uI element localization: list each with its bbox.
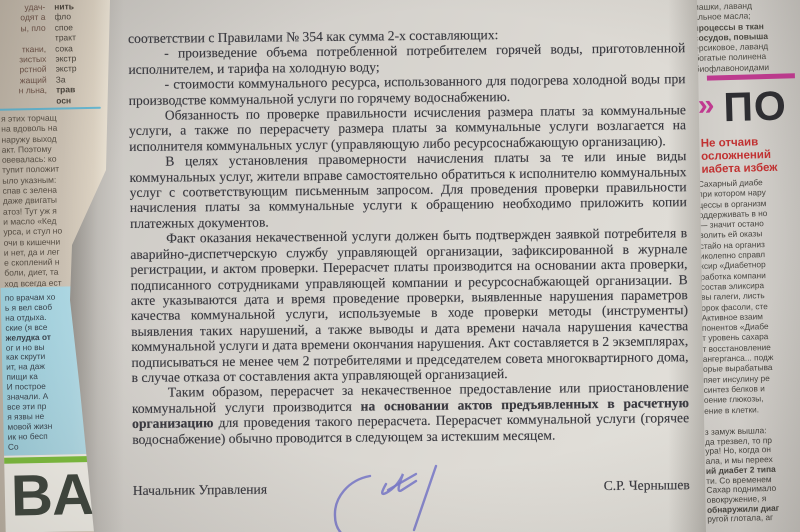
newspaper-text-fragment: одят а (0, 12, 46, 23)
newspaper-text-fragment: ругой глотала, аг (707, 512, 800, 524)
newspaper-column: нитьфлоспоетрактсокаэкстрэкстрЗатравосн (54, 1, 106, 106)
newspaper-red-line: иабета избеж (701, 162, 777, 177)
handwritten-signature (322, 444, 472, 532)
newspaper-text-fragment: ы, пло (0, 23, 46, 34)
paragraph: Факт оказания некачественной услуги долж… (130, 225, 689, 385)
newspaper-column: з замуж вышла:да трезвел, то прура! Но, … (705, 425, 800, 525)
newspaper-text-fragment: ение в клетки. (704, 403, 800, 416)
paragraph-final: Таким образом, перерасчет за некачествен… (132, 379, 690, 446)
photo-of-document: удач-одят аы, пло ткани,зистыхрстнойжащи… (0, 0, 800, 532)
newspaper-column: удач-одят аы, пло ткани,зистыхрстнойжащи… (0, 2, 47, 107)
newspaper-column: машки, лавандальное масла;процессы в тка… (693, 0, 795, 74)
newspaper-big-letters: ВА (10, 464, 96, 528)
paragraphs: соответствии с Правилами № 354 как сумма… (128, 25, 689, 385)
newspaper-headline-row: » ПО (697, 83, 787, 129)
document-text: соответствии с Правилами № 354 как сумма… (128, 25, 690, 498)
signatory-title: Начальник Управления (133, 482, 267, 499)
newspaper-subheadline: Не отчаивосложненийиабета избеж (701, 136, 778, 177)
paragraph: Обязанность по проверке правильности исч… (129, 102, 686, 154)
final-paragraph-post: для проведения такого перерасчета. Перер… (132, 410, 689, 446)
magenta-rule (707, 73, 795, 80)
newspaper-column: Сахарный диабепри котором наруцессы в ор… (698, 176, 800, 416)
newspaper-text-fragment: биофлавоноидами (695, 61, 795, 74)
newspaper-right: машки, лавандальное масла;процессы в тка… (688, 0, 800, 532)
newspaper-columns: удач-одят аы, пло ткани,зистыхрстнойжащи… (0, 1, 106, 107)
blue-divider-rule (0, 107, 101, 111)
signatory-name: С.Р. Чернышев (604, 477, 690, 493)
newspaper-text-fragment: осн (56, 94, 106, 105)
newspaper-text-fragment: н льна, (0, 85, 47, 96)
document-page: соответствии с Правилами № 354 как сумма… (0, 0, 800, 532)
newspaper-headline: ПО (723, 83, 788, 129)
paragraph: В целях установления правомерности начис… (129, 148, 687, 231)
double-chevron-glyph: » (697, 85, 715, 125)
